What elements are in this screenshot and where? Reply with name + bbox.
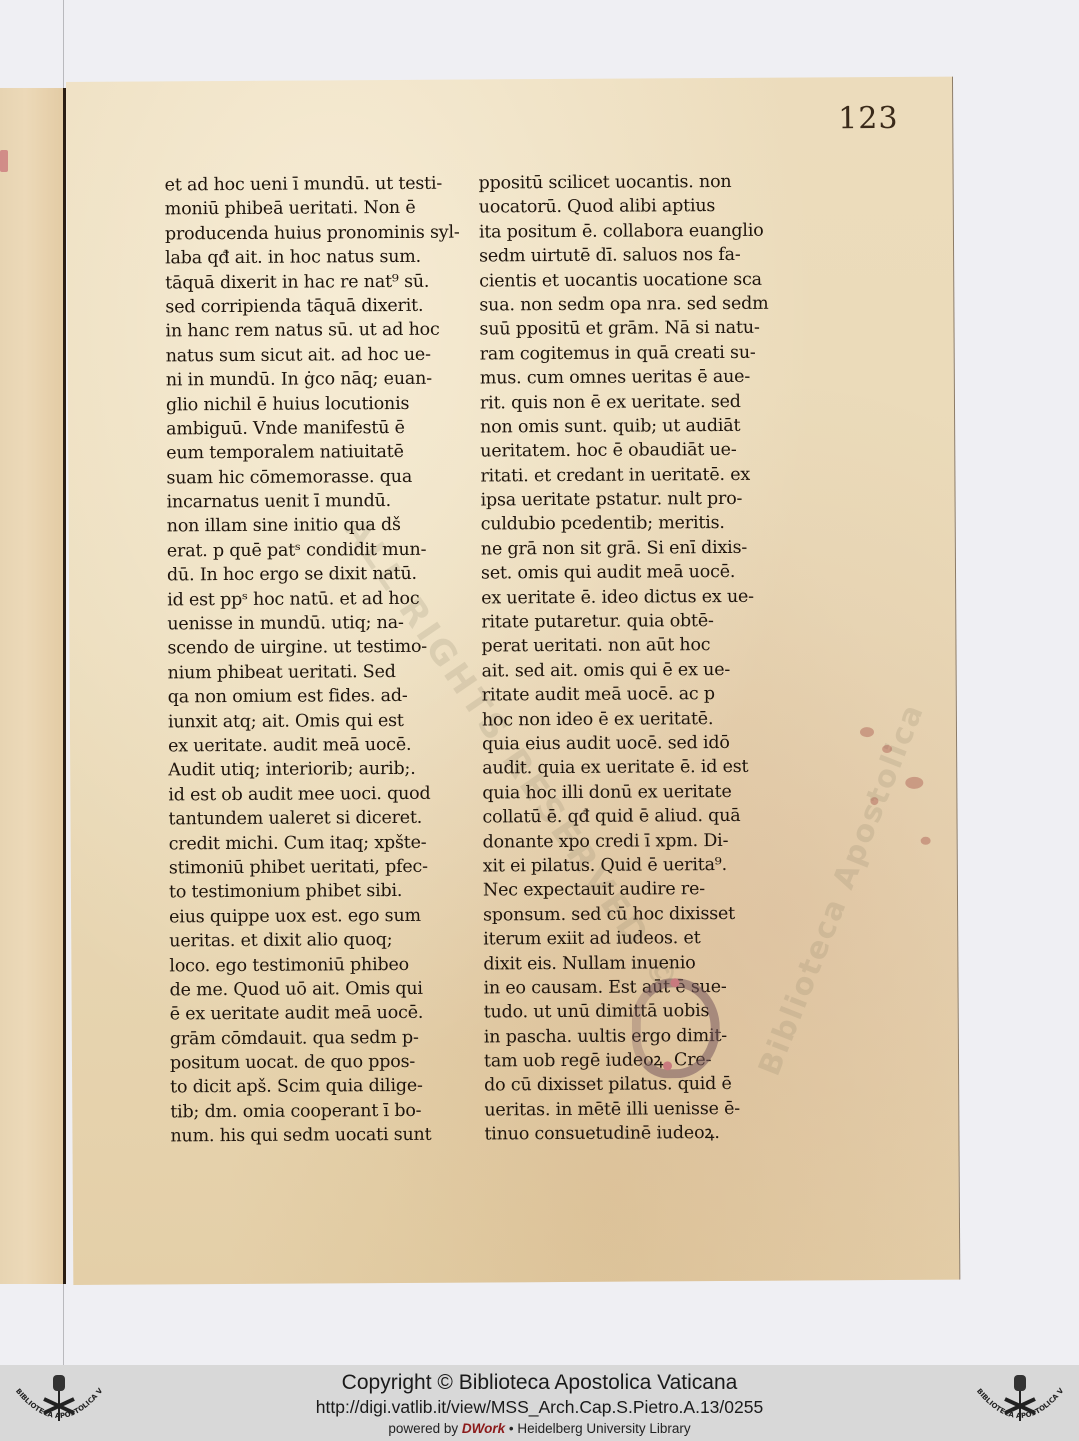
manuscript-line: scendo de uirgine. ut testimo- (167, 635, 427, 661)
manuscript-line: ita positum ē. collabora euanglio (479, 219, 754, 245)
manuscript-line: quia eius audit uocē. sed idō (482, 731, 757, 757)
manuscript-line: nium phibeat ueritati. Sed (168, 660, 428, 686)
manuscript-line: tantundem ualeret si diceret. (168, 806, 428, 832)
manuscript-line: sedm uirtutē dī. saluos nos fa- (479, 243, 754, 269)
manuscript-line: ritate audit meā uocē. ac p (482, 682, 757, 708)
manuscript-line: uocatorū. Quod alibi aptius (479, 194, 754, 220)
manuscript-line: tam uob regē iudeoꝝ. Cre- (484, 1048, 759, 1074)
manuscript-line: hoc non ideo ē ex ueritatē. (482, 706, 757, 732)
manuscript-line: ex ueritate ē. ideo dictus ex ue- (481, 584, 756, 610)
manuscript-line: ppositū scilicet uocantis. non (479, 170, 754, 196)
manuscript-line: id est ppˢ hoc natū. et ad hoc (167, 586, 427, 612)
manuscript-line: rit. quis non ē ex ueritate. sed (480, 389, 755, 415)
manuscript-line: collatū ē. qđ quid ē aliud. quā (482, 804, 757, 830)
manuscript-line: to dicit apš. Scim quia dilige- (170, 1074, 430, 1100)
manuscript-line: non illam sine initio qua dš (167, 513, 427, 539)
manuscript-line: tinuo consuetudinē iudeoꝝ. (484, 1121, 759, 1147)
manuscript-line: ambiguū. Vnde manifestū ē (166, 416, 426, 442)
manuscript-line: id est ob audit mee uoci. quod (168, 782, 428, 808)
manuscript-line: ritate putaretur. quia obtē- (481, 609, 756, 635)
foxing-spot (870, 797, 878, 805)
manuscript-line: quia hoc illi donū ex ueritate (482, 780, 757, 806)
powered-by-line: powered by DWork • Heidelberg University… (0, 1421, 1079, 1436)
manuscript-line: non omis sunt. quib; ut audiāt (480, 414, 755, 440)
manuscript-line: in eo causam. Est aūt ē sue- (483, 975, 758, 1001)
folio-number: 123 (838, 101, 898, 136)
manuscript-line: dixit eis. Nullam inuenio (483, 950, 758, 976)
manuscript-line: eum temporalem natiuitatē (166, 440, 426, 466)
powered-prefix: powered by (388, 1421, 462, 1436)
manuscript-line: ritati. et credant in ueritatē. ex (480, 462, 755, 488)
manuscript-line: moniū phibeā ueritati. Non ē (165, 196, 425, 222)
manuscript-line: ueritas. in mētē illi uenisse ē- (484, 1097, 759, 1123)
manuscript-line: audit. quia ex ueritate ē. id est (482, 755, 757, 781)
manuscript-line: ne grā non sit grā. Si enī dixis- (481, 536, 756, 562)
initial-dot (670, 978, 679, 987)
manuscript-line: to testimonium phibet sibi. (169, 879, 429, 905)
decorated-initial (631, 978, 720, 1079)
manuscript-line: qa non omium est fides. ad- (168, 684, 428, 710)
manuscript-line: suū ppositū et grām. Nā si natu- (479, 316, 754, 342)
manuscript-line: loco. ego testimoniū phibeo (169, 952, 429, 978)
manuscript-line: cientis et uocantis uocatione sca (479, 267, 754, 293)
manuscript-line: tib; dm. omia cooperant ī bo- (170, 1099, 430, 1125)
foxing-spot (921, 837, 931, 845)
manuscript-line: suam hic cōmemorasse. qua (166, 464, 426, 490)
manuscript-line: natus sum sicut ait. ad hoc ue- (166, 343, 426, 369)
manuscript-line: incarnatus uenit ī mundū. (166, 489, 426, 515)
manuscript-line: perat ueritati. non aūt hoc (481, 633, 756, 659)
manuscript-line: set. omis qui audit meā uocē. (481, 560, 756, 586)
source-url[interactable]: http://digi.vatlib.it/view/MSS_Arch.Cap.… (0, 1397, 1079, 1418)
initial-dot (663, 1061, 672, 1070)
manuscript-line: num. his qui sedm uocati sunt (170, 1123, 430, 1149)
manuscript-line: laba qđ ait. in hoc natus sum. (165, 245, 425, 271)
manuscript-line: xit ei pilatus. Quid ē uerita⁹. (483, 853, 758, 879)
manuscript-line: ipsa ueritate pstatur. nult pro- (480, 487, 755, 513)
manuscript-line: mus. cum omnes ueritas ē aue- (480, 365, 755, 391)
watermark-biblioteca: Biblioteca Apostolica (752, 698, 931, 1081)
manuscript-line: eius quippe uox est. ego sum (169, 904, 429, 930)
manuscript-line: et ad hoc ueni ī mundū. ut testi- (165, 172, 425, 198)
manuscript-line: Nec expectauit audire re- (483, 877, 758, 903)
foxing-spot (860, 727, 874, 737)
manuscript-line: glio nichil ē huius locutionis (166, 391, 426, 417)
manuscript-line: positum uocat. de quo ppos- (170, 1050, 430, 1076)
text-column-left: et ad hoc ueni ī mundū. ut testi-moniū p… (165, 172, 431, 1149)
dwork-brand: DWork (462, 1421, 505, 1436)
manuscript-line: uenisse in mundū. utiq; na- (167, 611, 427, 637)
manuscript-line: credit michi. Cum itaq; xpšte- (169, 830, 429, 856)
powered-suffix: • Heidelberg University Library (505, 1421, 691, 1436)
manuscript-line: in hanc rem natus sū. ut ad hoc (165, 318, 425, 344)
manuscript-line: producenda huius pronominis syl- (165, 221, 425, 247)
manuscript-line: de me. Quod uō ait. Omis qui (169, 977, 429, 1003)
manuscript-line: ueritatem. hoc ē obaudiāt ue- (480, 438, 755, 464)
manuscript-line: ex ueritate. audit meā uocē. (168, 733, 428, 759)
manuscript-line: iunxit atq; ait. Omis qui est (168, 708, 428, 734)
copyright-footer: BIBLIOTECA APOSTOLICA VATICANA BIBLIOTEC… (0, 1365, 1079, 1441)
text-column-right: ppositū scilicet uocantis. nonuocatorū. … (479, 170, 760, 1147)
manuscript-line: tāquā dixerit in hac re nat⁹ sū. (165, 269, 425, 295)
manuscript-folio: 123 ALL RIGHTS RESERVED © Biblioteca Apo… (66, 77, 960, 1285)
book-gutter (63, 88, 66, 1284)
manuscript-line: dū. In hoc ergo se dixit natū. (167, 562, 427, 588)
manuscript-line: iterum exiit ad iudeos. et (483, 926, 758, 952)
manuscript-line: erat. p quē patˢ condidit mun- (167, 538, 427, 564)
red-stain (0, 150, 8, 172)
manuscript-line: ni in mundū. In ġco nāq; euan- (166, 367, 426, 393)
manuscript-line: ram cogitemus in quā creati su- (480, 341, 755, 367)
manuscript-line: ait. sed ait. omis qui ē ex ue- (482, 658, 757, 684)
manuscript-line: Audit utiq; interiorib; aurib;. (168, 757, 428, 783)
manuscript-line: ueritas. et dixit alio quoq; (169, 928, 429, 954)
copyright-line: Copyright © Biblioteca Apostolica Vatica… (0, 1371, 1079, 1395)
manuscript-line: sponsum. sed cū hoc dixisset (483, 902, 758, 928)
verso-page-edge (0, 88, 64, 1284)
manuscript-line: stimoniū phibet ueritati, pfec- (169, 855, 429, 881)
manuscript-line: culdubio pcedentib; meritis. (481, 511, 756, 537)
manuscript-line: sua. non sedm opa nra. sed sedm (479, 292, 754, 318)
manuscript-line: grām cōmdauit. qua sedm p- (170, 1025, 430, 1051)
manuscript-line: do cū dixisset pilatus. quid ē (484, 1072, 759, 1098)
manuscript-line: sed corripienda tāquā dixerit. (165, 294, 425, 320)
manuscript-line: ē ex ueritate audit meā uocē. (170, 1001, 430, 1027)
foxing-spot (882, 745, 892, 753)
foxing-spot (905, 777, 923, 789)
manuscript-line: donante xpo credi ī xpm. Di- (483, 828, 758, 854)
